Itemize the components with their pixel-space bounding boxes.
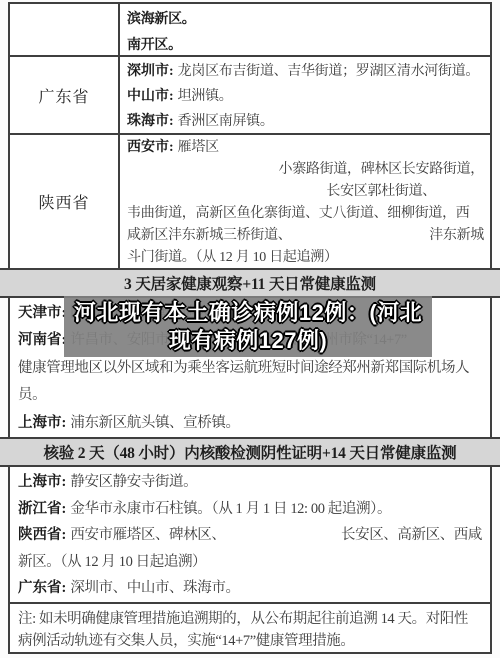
- table-row: 滨海新区。 南开区。: [10, 4, 490, 57]
- district-text: 沣东新城: [429, 225, 484, 247]
- district-line: 韦曲街道，高新区鱼化寨街道、丈八街道、细柳街道，西: [127, 203, 484, 225]
- entry-line: 上海市:静安区静安寺街道。: [18, 469, 482, 496]
- district-line: 中山市:坦洲镇。: [127, 84, 484, 109]
- note-text: 注: 如未明确健康管理措施追溯期的，从公布期起往前追溯 14 天。对阳性病例活动…: [18, 608, 482, 652]
- headline-line1: 河北现有本土确诊病例12例：(河北: [74, 299, 422, 327]
- district-text: 坦洲镇。: [178, 89, 233, 104]
- city-label: 上海市:: [18, 415, 66, 431]
- district-cell: 滨海新区。 南开区。: [120, 4, 490, 55]
- headline-line2: 现有病例127例): [169, 327, 328, 355]
- section2-header-bar: 核验 2 天（48 小时）内核酸检测阴性证明+14 天日常健康监测: [0, 437, 500, 467]
- city-label: 河南省:: [18, 332, 66, 348]
- section1-header-text: 3 天居家健康观察+11 天日常健康监测: [124, 272, 376, 294]
- district-line: 滨海新区。: [127, 6, 484, 32]
- note-box: 注: 如未明确健康管理措施追溯期的，从公布期起往前追溯 14 天。对阳性病例活动…: [8, 602, 492, 654]
- district-cell: 西安市:雁塔区 小寨路街道，碑林区长安路街道， 长安区郭杜街道、 韦曲街道，高新…: [120, 135, 490, 268]
- section1-header-bar: 3 天居家健康观察+11 天日常健康监测: [0, 268, 500, 298]
- province-cell: 广东省: [10, 57, 120, 133]
- district-line: 咸新区沣东新城三桥街道、沣东新城: [127, 225, 484, 247]
- district-text: 香洲区南屏镇。: [178, 114, 274, 129]
- entry-text: 静安区静安寺街道。: [70, 474, 197, 490]
- entry-text: 陕西省:西安市雁塔区、碑林区、: [18, 522, 225, 549]
- headline-overlay: 河北现有本土确诊病例12例：(河北 现有病例127例): [64, 296, 432, 357]
- district-line: 长安区郭杜街道、: [127, 181, 484, 203]
- document-page: 滨海新区。 南开区。 广东省 深圳市:龙岗区布吉街道、吉华街道；罗湖区清水河街道…: [0, 0, 500, 658]
- section2-header-text: 核验 2 天（48 小时）内核酸检测阴性证明+14 天日常健康监测: [44, 441, 457, 463]
- table-row: 陕西省 西安市:雁塔区 小寨路街道，碑林区长安路街道， 长安区郭杜街道、 韦曲街…: [10, 135, 490, 268]
- entry-line: 浙江省:金华市永康市石柱镇。（从 1 月 1 日 12: 00 起追溯）。: [18, 496, 482, 523]
- city-label: 广东省:: [18, 580, 66, 596]
- entry-line: 健康管理地区以外区域和为乘坐客运航班短时间途经郑州新郑国际机场人: [18, 355, 482, 382]
- city-label: 珠海市:: [127, 114, 174, 129]
- city-label: 中山市:: [127, 89, 174, 104]
- district-line: 西安市:雁塔区: [127, 137, 484, 159]
- entry-line: 广东省:深圳市、中山市、珠海市。: [18, 575, 482, 602]
- province-cell-empty: [10, 4, 120, 55]
- section2-body: 上海市:静安区静安寺街道。 浙江省:金华市永康市石柱镇。（从 1 月 1 日 1…: [8, 467, 492, 602]
- province-table: 滨海新区。 南开区。 广东省 深圳市:龙岗区布吉街道、吉华街道；罗湖区清水河街道…: [8, 2, 492, 268]
- entry-line: 上海市:浦东新区航头镇、宣桥镇。: [18, 410, 482, 437]
- entry-text: 浦东新区航头镇、宣桥镇。: [70, 415, 239, 431]
- entry-line: 新区。（从 12 月 10 日起追溯）: [18, 549, 482, 576]
- district-line: 南开区。: [127, 32, 484, 55]
- district-text: 雁塔区: [178, 140, 219, 155]
- entry-text: 西安市雁塔区、碑林区、: [70, 527, 225, 543]
- district-line: 深圳市:龙岗区布吉街道、吉华街道；罗湖区清水河街道。: [127, 59, 484, 84]
- entry-text: 金华市永康市石柱镇。（从 1 月 1 日 12: 00 起追溯）。: [70, 501, 391, 517]
- city-label: 西安市:: [127, 140, 174, 155]
- entry-text: 长安区、高新区、西咸: [341, 522, 482, 549]
- table-row: 广东省 深圳市:龙岗区布吉街道、吉华街道；罗湖区清水河街道。 中山市:坦洲镇。 …: [10, 57, 490, 135]
- district-text: 龙岗区布吉街道、吉华街道；罗湖区清水河街道。: [178, 64, 479, 79]
- entry-text: 深圳市、中山市、珠海市。: [70, 580, 239, 596]
- district-line: 小寨路街道，碑林区长安路街道，: [127, 159, 484, 181]
- district-line: 斗门街道。（从 12 月 10 日起追溯）: [127, 247, 484, 268]
- entry-line: 陕西省:西安市雁塔区、碑林区、 长安区、高新区、西咸: [18, 522, 482, 549]
- district-cell: 深圳市:龙岗区布吉街道、吉华街道；罗湖区清水河街道。 中山市:坦洲镇。 珠海市:…: [120, 57, 490, 133]
- city-label: 浙江省:: [18, 501, 66, 517]
- entry-line: 员。: [18, 382, 482, 409]
- district-line: 珠海市:香洲区南屏镇。: [127, 109, 484, 133]
- city-label: 天津市:: [18, 305, 66, 321]
- district-text: 咸新区沣东新城三桥街道、: [127, 225, 291, 247]
- city-label: 上海市:: [18, 474, 66, 490]
- city-label: 深圳市:: [127, 64, 174, 79]
- province-cell: 陕西省: [10, 135, 120, 268]
- city-label: 陕西省:: [18, 527, 66, 543]
